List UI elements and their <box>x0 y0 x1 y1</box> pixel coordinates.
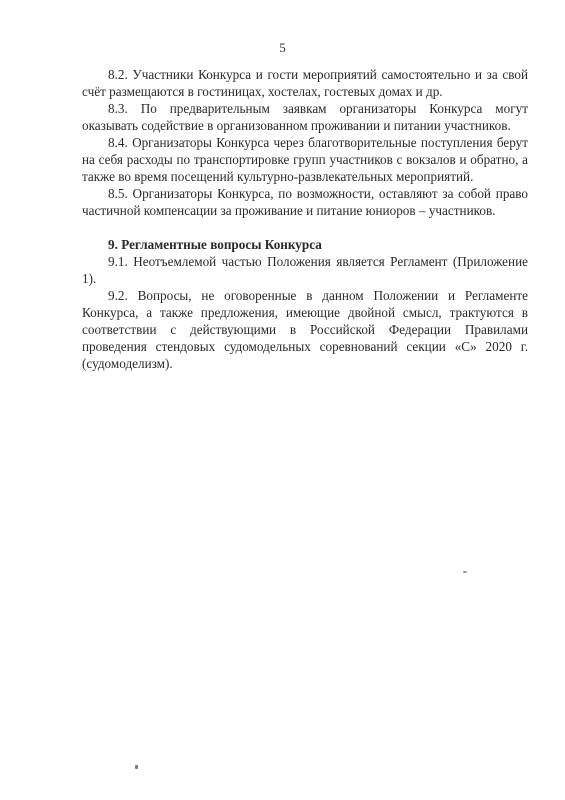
page-number: 5 <box>0 40 565 56</box>
paragraph-8-3: 8.3. По предварительным заявкам организа… <box>82 100 528 134</box>
paragraph-8-2: 8.2. Участники Конкурса и гости мероприя… <box>82 66 528 100</box>
section-divider <box>82 219 528 236</box>
paragraph-9-1: 9.1. Неотъемлемой частью Положения являе… <box>82 253 528 287</box>
paragraph-9-2: 9.2. Вопросы, не оговоренные в данном По… <box>82 287 528 372</box>
paragraph-8-5: 8.5. Организаторы Конкурса, по возможнос… <box>82 185 528 219</box>
paragraph-8-4: 8.4. Организаторы Конкурса через благотв… <box>82 134 528 185</box>
scan-speck <box>463 571 467 573</box>
section-heading-9: 9. Регламентные вопросы Конкурса <box>82 236 528 253</box>
scan-speck <box>135 765 138 769</box>
document-page: 5 8.2. Участники Конкурса и гости меропр… <box>0 0 565 800</box>
document-body: 8.2. Участники Конкурса и гости мероприя… <box>82 66 528 372</box>
